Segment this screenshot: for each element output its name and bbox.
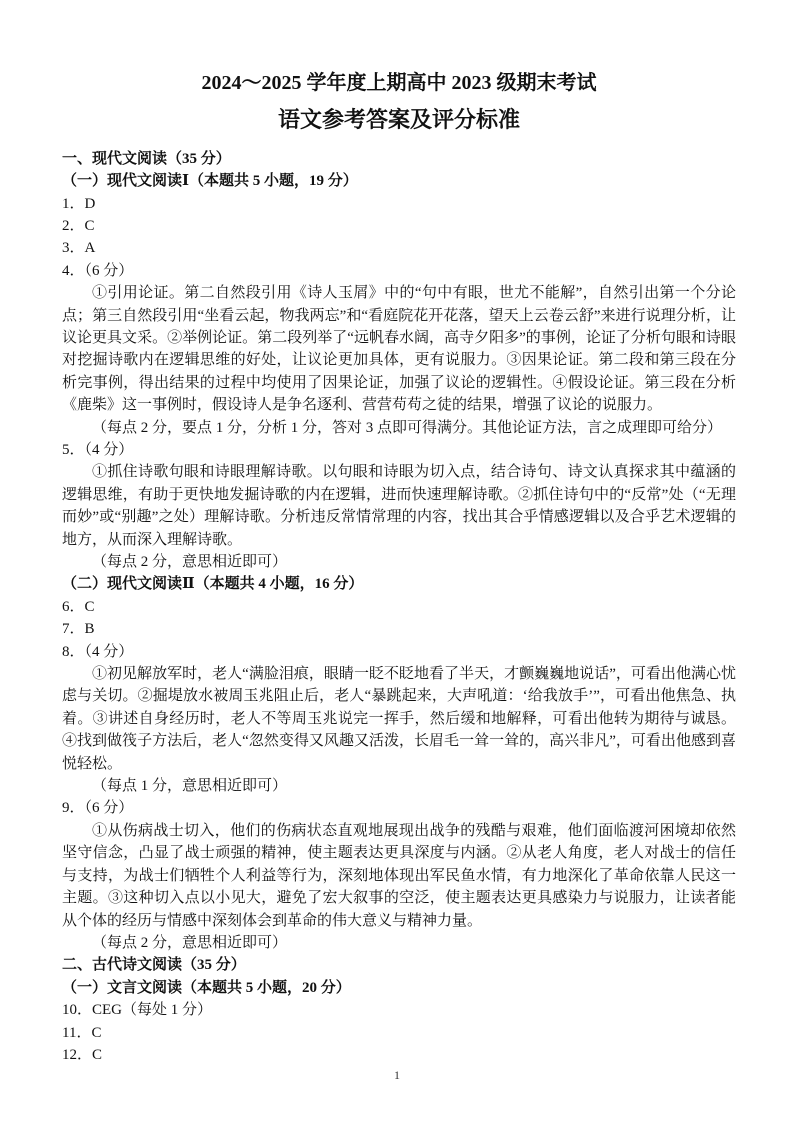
scoring-note-q8: （每点 1 分，意思相近即可） [62,775,736,797]
answer-q2: 2．C [62,215,736,237]
answer-q7: 7．B [62,618,736,640]
answer-q4-analysis: ①引用论证。第二自然段引用《诗人玉屑》中的“句中有眼，世尤不能解”，自然引出第一… [62,282,736,416]
answer-q9-analysis: ①从伤病战士切入，他们的伤病状态直观地展现出战争的残酷与艰难，他们面临渡河困境却… [62,820,736,932]
subsection-modern-reading-1-heading: （一）现代文阅读Ⅰ（本题共 5 小题，19 分） [62,170,736,192]
section-1-modern-reading-heading: 一、现代文阅读（35 分） [62,148,736,170]
answer-q3: 3．A [62,237,736,259]
answer-q8-analysis: ①初见解放军时，老人“满脸泪痕，眼睛一眨不眨地看了半天，才颤巍巍地说话”，可看出… [62,663,736,775]
scoring-note-q9: （每点 2 分，意思相近即可） [62,932,736,954]
answer-key-subtitle: 语文参考答案及评分标准 [62,105,736,135]
answer-q10: 10．CEG（每处 1 分） [62,999,736,1021]
answer-q5-analysis: ①抓住诗歌句眼和诗眼理解诗歌。以句眼和诗眼为切入点，结合诗句、诗文认真探求其中蕴… [62,461,736,551]
subsection-modern-reading-2-heading: （二）现代文阅读Ⅱ（本题共 4 小题，16 分） [62,573,736,595]
exam-answer-page: 2024～2025 学年度上期高中 2023 级期末考试 语文参考答案及评分标准… [0,0,794,1123]
section-2-classical-reading-heading: 二、古代诗文阅读（35 分） [62,954,736,976]
answer-q9-header: 9．（6 分） [62,797,736,819]
answer-q4-header: 4．（6 分） [62,260,736,282]
scoring-note-q5: （每点 2 分，意思相近即可） [62,551,736,573]
page-number: 1 [0,1068,794,1083]
answer-q5-header: 5．（4 分） [62,439,736,461]
answer-q1: 1．D [62,193,736,215]
answer-q12: 12．C [62,1044,736,1066]
answer-q8-header: 8．（4 分） [62,641,736,663]
scoring-note-q4: （每点 2 分，要点 1 分，分析 1 分，答对 3 点即可得满分。其他论证方法… [62,417,736,439]
subsection-classical-prose-heading: （一）文言文阅读（本题共 5 小题，20 分） [62,977,736,999]
exam-title: 2024～2025 学年度上期高中 2023 级期末考试 [62,70,736,97]
answer-q11: 11．C [62,1022,736,1044]
answer-q6: 6．C [62,596,736,618]
